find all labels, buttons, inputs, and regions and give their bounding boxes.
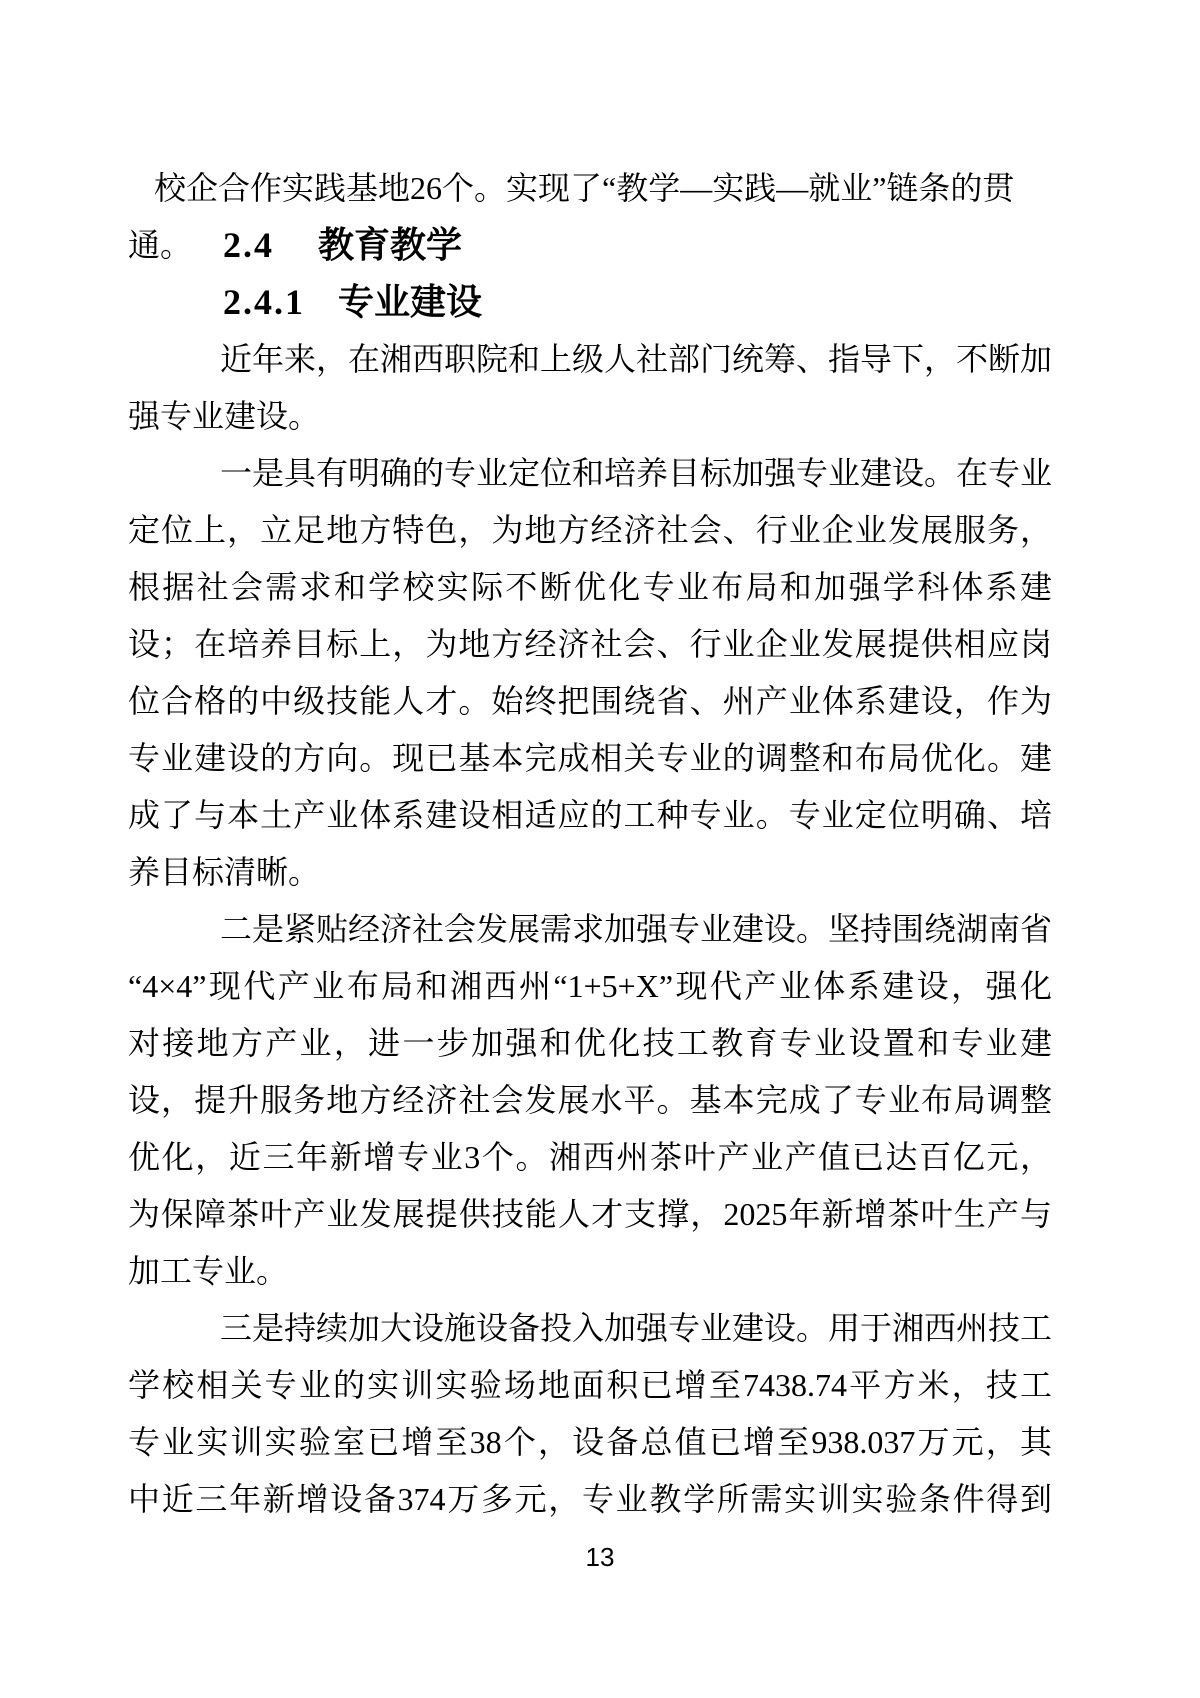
body-text-line: 养目标清晰。 <box>128 844 1052 901</box>
body-text-line: 优化，近三年新增专业3个。湘西州茶叶产业产值已达百亿元， <box>128 1129 1052 1186</box>
body-text-line: 近年来，在湘西职院和上级人社部门统筹、指导下，不断加 <box>128 331 1052 388</box>
text-block: 校企合作实践基地26个。实现了“教学—实践—就业”链条的贯通。2.4教育教学2.… <box>128 160 1052 1528</box>
body-text-line: 设；在培养目标上，为地方经济社会、行业企业发展提供相应岗 <box>128 616 1052 673</box>
body-text-line: 对接地方产业，进一步加强和优化技工教育专业设置和专业建 <box>128 1015 1052 1072</box>
body-text-line: 二是紧贴经济社会发展需求加强专业建设。坚持围绕湖南省 <box>128 901 1052 958</box>
section-heading: 2.4教育教学 <box>128 217 1052 274</box>
body-text-line: 一是具有明确的专业定位和培养目标加强专业建设。在专业 <box>128 445 1052 502</box>
body-text-line: 加工专业。 <box>128 1243 1052 1300</box>
body-text-line: 成了与本土产业体系建设相适应的工种专业。专业定位明确、培 <box>128 787 1052 844</box>
heading-title: 教育教学 <box>318 225 462 265</box>
heading-number: 2.4 <box>128 225 274 265</box>
body-text-line: 强专业建设。 <box>128 388 1052 445</box>
body-text-line: “4×4”现代产业布局和湘西州“1+5+X”现代产业体系建设，强化 <box>128 958 1052 1015</box>
body-text-line: 设，提升服务地方经济社会发展水平。基本完成了专业布局调整 <box>128 1072 1052 1129</box>
page-number: 13 <box>0 1542 1200 1572</box>
body-text-line: 位合格的中级技能人才。始终把围绕省、州产业体系建设，作为 <box>128 673 1052 730</box>
body-text-line: 为保障茶叶产业发展提供技能人才支撑，2025年新增茶叶生产与 <box>128 1186 1052 1243</box>
body-text-line: 根据社会需求和学校实际不断优化专业布局和加强学科体系建 <box>128 559 1052 616</box>
heading-title: 专业建设 <box>338 282 482 322</box>
document-page: 校企合作实践基地26个。实现了“教学—实践—就业”链条的贯通。2.4教育教学2.… <box>0 0 1200 1698</box>
body-text-line: 校企合作实践基地26个。实现了“教学—实践—就业”链条的贯通。 <box>128 160 1052 217</box>
body-text-line: 专业建设的方向。现已基本完成相关专业的调整和布局优化。建 <box>128 730 1052 787</box>
body-text-line: 三是持续加大设施设备投入加强专业建设。用于湘西州技工 <box>128 1300 1052 1357</box>
heading-number: 2.4.1 <box>128 282 305 322</box>
body-text-line: 专业实训实验室已增至38个，设备总值已增至938.037万元，其 <box>128 1414 1052 1471</box>
section-heading: 2.4.1专业建设 <box>128 274 1052 331</box>
body-text-line: 定位上，立足地方特色，为地方经济社会、行业企业发展服务， <box>128 502 1052 559</box>
body-text-line: 学校相关专业的实训实验场地面积已增至7438.74平方米，技工 <box>128 1357 1052 1414</box>
body-text-line: 中近三年新增设备374万多元，专业教学所需实训实验条件得到 <box>128 1471 1052 1528</box>
